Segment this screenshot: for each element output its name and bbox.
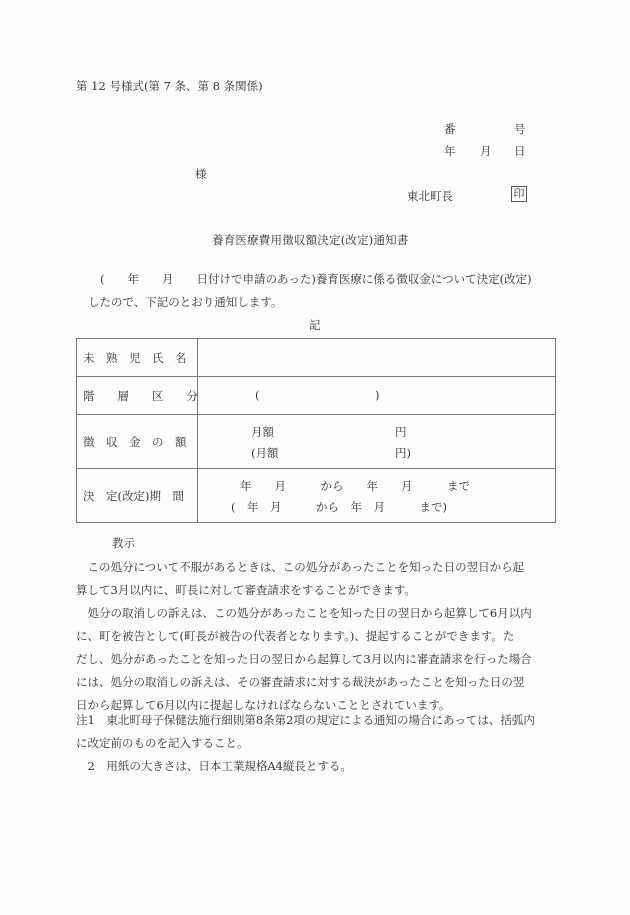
- paragraph-line: 算して3月以内に、町長に対して審査請求をすることができます。: [76, 579, 524, 602]
- document-number-suffix: 号: [514, 121, 526, 137]
- infant-name-value[interactable]: [198, 339, 555, 376]
- table-row-infant-name: 未 熟 児 氏 名: [77, 339, 555, 377]
- ki-heading: 記: [309, 317, 321, 333]
- notes-section: 注1 東北町母子保健法施行細則第8条第2項の規定による通知の場合にあっては、括弧…: [76, 709, 535, 778]
- body-text-line-1: ( 年 月 日付けで申請のあった)養育医療に係る徴収金について決定(改定): [100, 271, 532, 287]
- details-table: 未 熟 児 氏 名 階 層 区 分 ( ) 徴 収 金 の 額 月額 円 (月額…: [76, 338, 556, 523]
- tier-close-paren: ): [375, 388, 380, 402]
- paragraph-line: に、町を被告として(町長が被告の代表者となります。)、提起することができます。た: [76, 625, 532, 648]
- table-row-amount: 徴 収 金 の 額 月額 円 (月額 円): [77, 415, 555, 469]
- table-label-cell: 階 層 区 分: [77, 377, 198, 414]
- document-number-label: 番: [444, 121, 456, 137]
- seal-mark-icon: 印: [511, 186, 527, 202]
- instruction-heading: 教示: [112, 535, 135, 551]
- prior-period-range: ( 年 月 から 年 月 まで): [231, 499, 447, 515]
- period-range: 年 月 から 年 月 まで: [240, 478, 470, 494]
- table-label-cell: 決 定(改定)期 間: [77, 469, 198, 523]
- table-label-cell: 徴 収 金 の 額: [77, 415, 198, 468]
- tier-open-paren: (: [255, 388, 260, 402]
- paragraph-line: には、処分の取消しの訴えは、その審査請求に対する裁決があったことを知った日の翌: [76, 671, 532, 694]
- prior-yen-unit: 円): [395, 445, 411, 461]
- tier-label: 階 層 区 分: [83, 388, 198, 404]
- note-line: 2 用紙の大きさは、日本工業規格A4縦長とする。: [76, 755, 535, 778]
- document-title: 養育医療費用徴収額決定(改定)通知書: [212, 232, 409, 248]
- table-label-cell: 未 熟 児 氏 名: [77, 339, 198, 376]
- monthly-amount-label: 月額: [251, 424, 274, 440]
- period-value[interactable]: 年 月 から 年 月 まで ( 年 月 から 年 月 まで): [198, 469, 555, 523]
- tier-value[interactable]: ( ): [198, 377, 555, 414]
- instruction-paragraph-1: この処分について不服があるときは、この処分があったことを知った日の翌日から起 算…: [76, 556, 524, 602]
- table-row-tier: 階 層 区 分 ( ): [77, 377, 555, 415]
- yen-unit: 円: [395, 424, 407, 440]
- body-text-line-2: したので、下記のとおり通知します。: [88, 294, 282, 310]
- issuer-name: 東北町長: [407, 188, 453, 204]
- table-row-period: 決 定(改定)期 間 年 月 から 年 月 まで ( 年 月 から 年 月 まで…: [77, 469, 555, 523]
- amount-label: 徴 収 金 の 額: [83, 434, 187, 450]
- date-day-label: 日: [514, 143, 526, 159]
- paragraph-line: だし、処分があったことを知った日の翌日から起算して3月以内に審査請求を行った場合: [76, 648, 532, 671]
- date-month-label: 月: [480, 143, 492, 159]
- addressee-suffix: 様: [195, 166, 207, 182]
- instruction-paragraph-2: 処分の取消しの訴えは、この処分があったことを知った日の翌日から起算して6月以内 …: [76, 602, 532, 717]
- note-line: 注1 東北町母子保健法施行細則第8条第2項の規定による通知の場合にあっては、括弧…: [76, 709, 535, 732]
- paragraph-line: 処分の取消しの訴えは、この処分があったことを知った日の翌日から起算して6月以内: [76, 602, 532, 625]
- prior-monthly-amount-label: (月額: [251, 445, 279, 461]
- amount-value[interactable]: 月額 円 (月額 円): [198, 415, 555, 468]
- date-year-label: 年: [444, 143, 456, 159]
- period-label: 決 定(改定)期 間: [83, 488, 184, 504]
- note-line: に改定前のものを記入すること。: [76, 732, 535, 755]
- infant-name-label: 未 熟 児 氏 名: [83, 350, 187, 366]
- form-number: 第 12 号様式(第 7 条、第 8 条関係): [76, 78, 263, 94]
- paragraph-line: この処分について不服があるときは、この処分があったことを知った日の翌日から起: [76, 556, 524, 579]
